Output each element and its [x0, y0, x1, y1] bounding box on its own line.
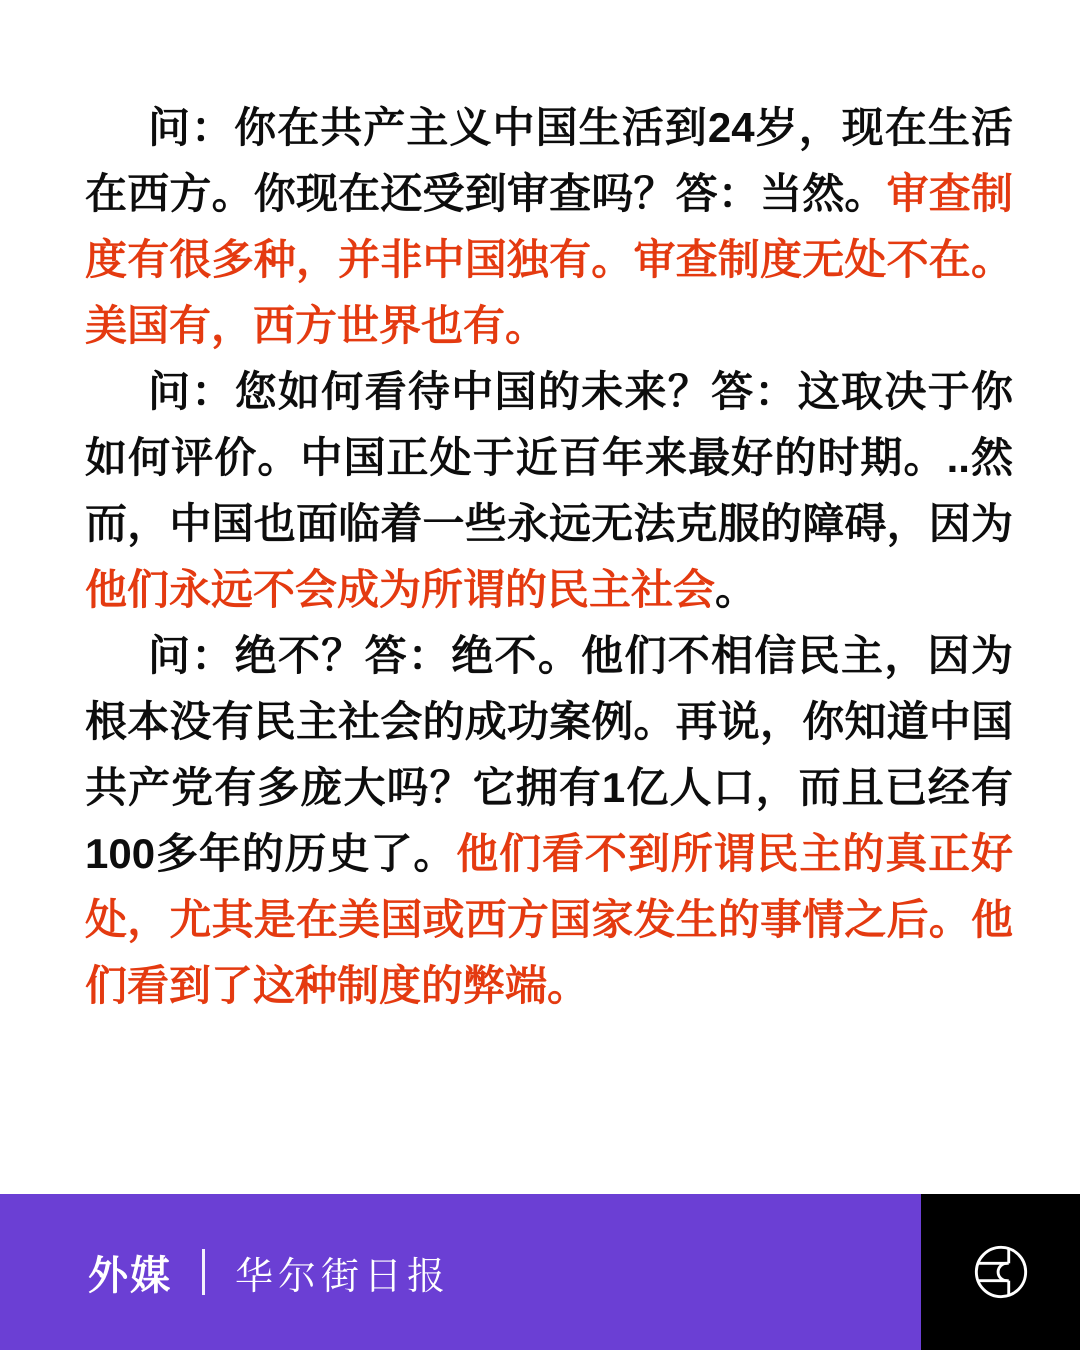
paragraph: 问：您如何看待中国的未来？答：这取决于你如何评价。中国正处于近百年来最好的时期。… — [85, 359, 1013, 623]
footer-divider — [202, 1249, 205, 1295]
highlighted-text-segment: 他们永远不会成为所谓的民主社会 — [85, 566, 715, 613]
footer-attribution: 外媒 华尔街日报 — [88, 1244, 450, 1301]
footer-bar: 外媒 华尔街日报 — [0, 1194, 921, 1350]
footer-category-label: 外媒 — [88, 1244, 172, 1301]
circle-monogram-logo-icon — [972, 1243, 1030, 1301]
footer-source-label: 华尔街日报 — [235, 1245, 450, 1300]
text-segment: 问：您如何看待中国的未来？答：这取决于你如何评价。中国正处于近百年来最好的时期。… — [85, 368, 1013, 547]
paragraph: 问：绝不？答：绝不。他们不相信民主，因为根本没有民主社会的成功案例。再说，你知道… — [85, 623, 1013, 1019]
footer-logo-box — [921, 1194, 1080, 1350]
poster-canvas: 问：你在共产主义中国生活到24岁，现在生活在西方。你现在还受到审查吗？答：当然。… — [0, 0, 1080, 1350]
text-segment: 问：你在共产主义中国生活到24岁，现在生活在西方。你现在还受到审查吗？答：当然。 — [85, 104, 1013, 217]
paragraph: 问：你在共产主义中国生活到24岁，现在生活在西方。你现在还受到审查吗？答：当然。… — [85, 95, 1013, 359]
text-segment: 。 — [715, 566, 757, 613]
article-body: 问：你在共产主义中国生活到24岁，现在生活在西方。你现在还受到审查吗？答：当然。… — [85, 95, 1013, 1019]
